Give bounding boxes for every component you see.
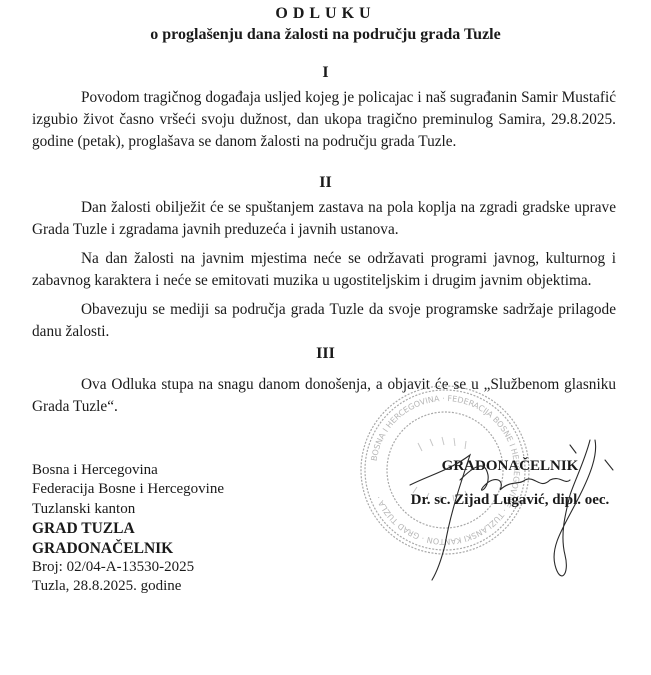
section-number-iii: III bbox=[0, 345, 651, 363]
issuer-federation: Federacija Bosne i Hercegovine bbox=[32, 480, 224, 499]
section-number-i: I bbox=[0, 64, 651, 82]
section-number-ii: II bbox=[0, 174, 651, 192]
issuer-country: Bosna i Hercegovina bbox=[32, 461, 224, 480]
document-title: ODLUKU bbox=[0, 5, 651, 23]
document-subtitle: o proglašenju dana žalosti na području g… bbox=[0, 26, 651, 44]
issuer-block: Bosna i Hercegovina Federacija Bosne i H… bbox=[32, 461, 224, 597]
handwritten-signature-icon bbox=[390, 435, 630, 585]
issuer-city: GRAD TUZLA bbox=[32, 519, 224, 538]
section-i-paragraph-1: Povodom tragičnog događaja usljed kojeg … bbox=[32, 87, 616, 153]
section-ii-paragraph-1: Dan žalosti obilježit će se spuštanjem z… bbox=[32, 197, 616, 241]
issuer-canton: Tuzlanski kanton bbox=[32, 500, 224, 519]
section-ii-paragraph-3: Obavezuju se mediji sa područja grada Tu… bbox=[32, 299, 616, 343]
place-and-date: Tuzla, 28.8.2025. godine bbox=[32, 577, 224, 596]
issuer-office: GRADONAČELNIK bbox=[32, 539, 224, 558]
document-number: Broj: 02/04-A-13530-2025 bbox=[32, 558, 224, 577]
section-ii-paragraph-2: Na dan žalosti na javnim mjestima neće s… bbox=[32, 248, 616, 292]
